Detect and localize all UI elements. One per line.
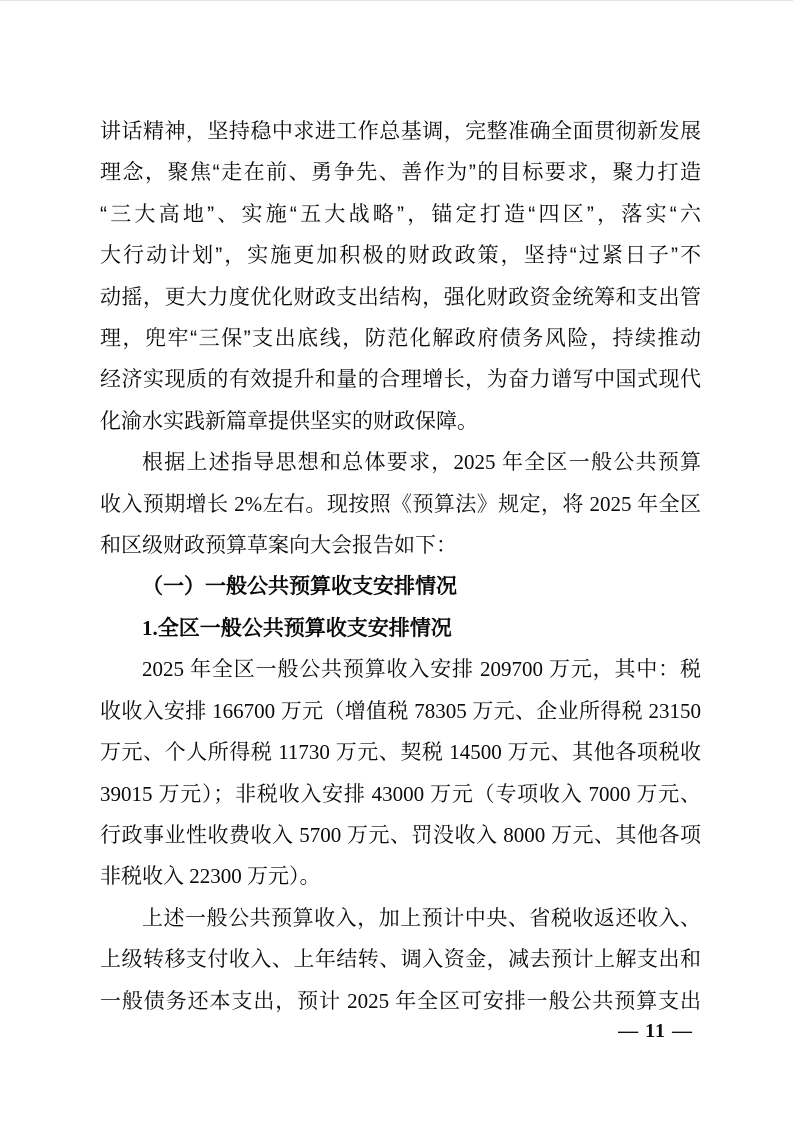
text-line: 理，兜牢“三保”支出底线，防范化解政府债务风险，持续推动 — [100, 318, 701, 359]
text-line: 化渝水实践新篇章提供坚实的财政保障。 — [100, 401, 701, 442]
text-line: 上级转移支付收入、上年结转、调入资金，减去预计上解支出和 — [100, 939, 701, 980]
text-line: 上述一般公共预算收入，加上预计中央、省税收返还收入、 — [100, 898, 701, 939]
section-heading-1: （一）一般公共预算收支安排情况 — [100, 566, 701, 607]
text-line: 万元、个人所得税 11730 万元、契税 14500 万元、其他各项税收 — [100, 732, 701, 773]
subsection-heading-1: 1.全区一般公共预算收支安排情况 — [100, 608, 701, 649]
text-line: 根据上述指导思想和总体要求，2025 年全区一般公共预算 — [100, 442, 701, 483]
text-line: 动摇，更大力度优化财政支出结构，强化财政资金统筹和支出管 — [100, 277, 701, 318]
text-line: 讲话精神，坚持稳中求进工作总基调，完整准确全面贯彻新发展 — [100, 111, 701, 152]
text-line: 收收入安排 166700 万元（增值税 78305 万元、企业所得税 23150 — [100, 691, 701, 732]
text-line: 非税收入 22300 万元）。 — [100, 856, 701, 897]
text-line: 大行动计划”，实施更加积极的财政政策，坚持“过紧日子”不 — [100, 235, 701, 276]
document-body: 讲话精神，坚持稳中求进工作总基调，完整准确全面贯彻新发展 理念，聚焦“走在前、勇… — [100, 111, 701, 1022]
text-line: “三大高地”、实施“五大战略”，锚定打造“四区”，落实“六 — [100, 194, 701, 235]
page-number: — 11 — — [618, 1020, 693, 1043]
document-page: { "page": { "background_color": "#ffffff… — [0, 0, 793, 1122]
text-line: 39015 万元）；非税收入安排 43000 万元（专项收入 7000 万元、 — [100, 774, 701, 815]
scan-edge-line — [0, 0, 793, 1]
text-line: 2025 年全区一般公共预算收入安排 209700 万元，其中：税 — [100, 649, 701, 690]
text-line: 和区级财政预算草案向大会报告如下： — [100, 525, 701, 566]
text-line: 经济实现质的有效提升和量的合理增长，为奋力谱写中国式现代 — [100, 359, 701, 400]
text-line: 理念，聚焦“走在前、勇争先、善作为”的目标要求，聚力打造 — [100, 152, 701, 193]
text-line: 一般债务还本支出，预计 2025 年全区可安排一般公共预算支出 — [100, 981, 701, 1022]
text-line: 行政事业性收费收入 5700 万元、罚没收入 8000 万元、其他各项 — [100, 815, 701, 856]
text-line: 收入预期增长 2%左右。现按照《预算法》规定，将 2025 年全区 — [100, 484, 701, 525]
